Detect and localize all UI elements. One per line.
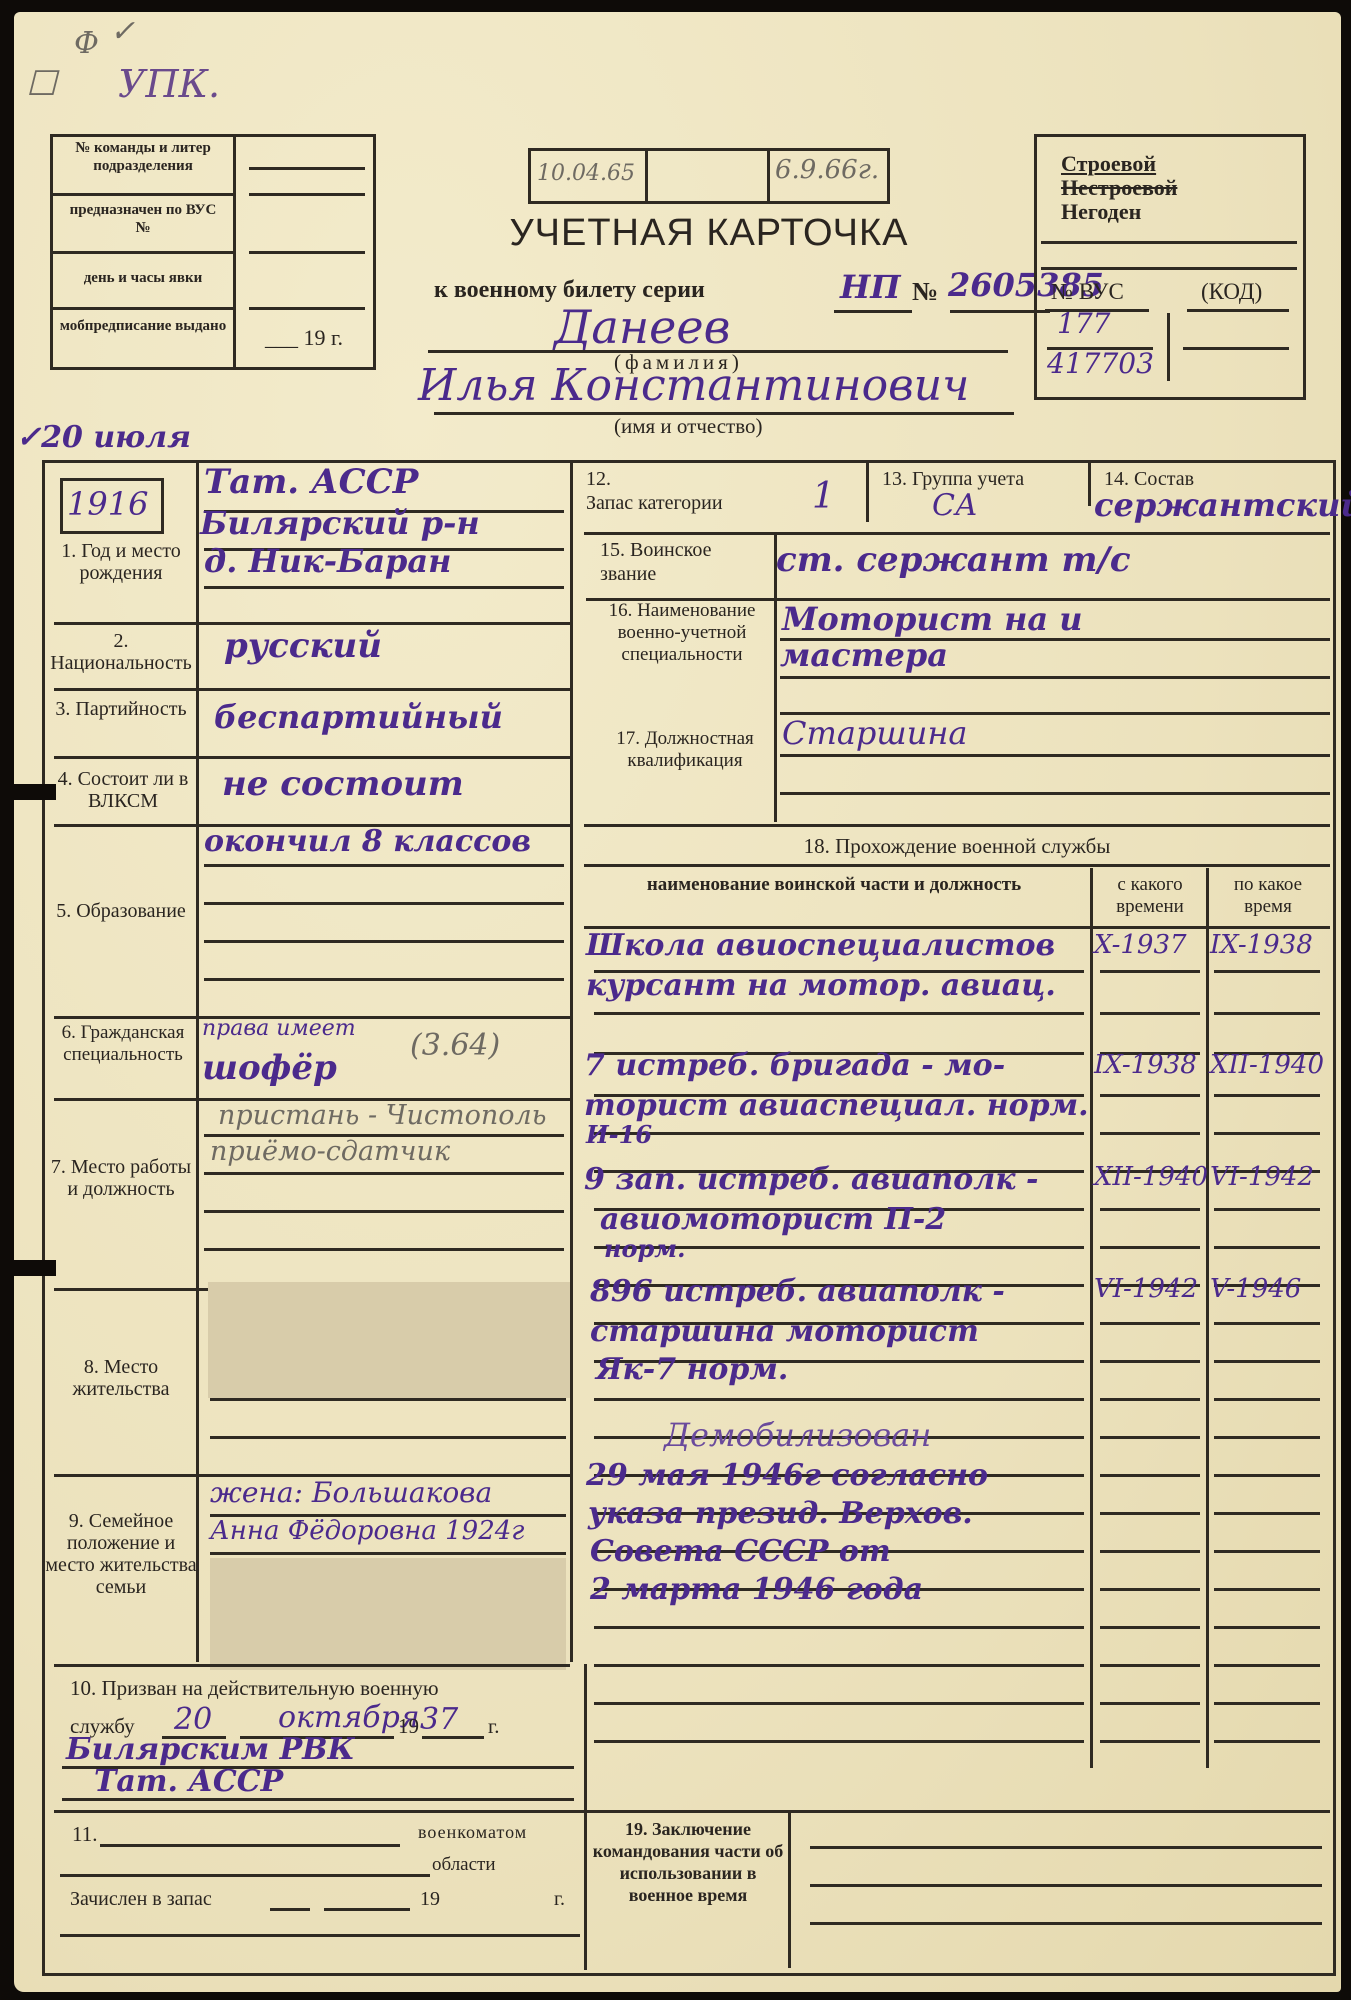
civil-specialty-note: (3.64) (410, 1028, 500, 1063)
service-title: 18. Прохождение военной службы (584, 834, 1330, 859)
workplace-line-1: пристань - Чистополь (218, 1100, 546, 1131)
service-row-1-to: IX-1938 (1210, 930, 1313, 960)
label-nationality: 2. Национальность (48, 630, 194, 674)
service-row-1-unit-2: курсант на мотор. авиац. (586, 968, 1056, 1003)
birth-year-box: 1916 (60, 478, 164, 534)
label-reserve-category-num: 12. (586, 468, 611, 490)
birth-date-note: ✓20 июля (16, 420, 191, 455)
label-reserve-category: Запас категории (586, 492, 723, 515)
service-row-3-unit-1: 9 зап. истреб. авиаполк - (584, 1162, 1038, 1197)
service-row-3-unit-2: авиомоторист П-2 (600, 1202, 946, 1237)
specialty-line-2: мастера (780, 636, 948, 674)
composition-value: сержантский (1094, 486, 1351, 524)
check-mark-icon: ✓ (110, 14, 135, 49)
service-row-3-unit-3: норм. (604, 1234, 685, 1263)
label-commander-conclusion: 19. Заключение командования части об исп… (588, 1818, 788, 1906)
conscripted-by-line-2: Тат. АССР (94, 1764, 283, 1799)
date-boxes: 10.04.65 6.9.66г. (528, 148, 890, 204)
service-row-2-unit-1: 7 истреб. бригада - мо- (584, 1048, 1005, 1083)
demob-line-2: указа презид. Верхов. (588, 1496, 973, 1531)
vus-value-1: 177 (1057, 307, 1110, 340)
service-row-2-unit-3: И-16 (586, 1120, 652, 1149)
label-residence: 8. Место жительства (48, 1356, 194, 1400)
komsomol-value: не состоит (222, 764, 464, 804)
top-left-table: № команды и литер подразделения предназн… (50, 134, 376, 370)
service-row-4-unit-3: Як-7 норм. (596, 1352, 788, 1387)
label-mob-order: мобпредписание выдано (53, 317, 233, 335)
label-workplace: 7. Место работы и должность (48, 1156, 194, 1200)
option-noncombatant: Нестроевой (1061, 175, 1177, 201)
service-row-4-unit-2: старшина моторист (590, 1314, 979, 1349)
number-label: № (912, 277, 938, 307)
service-row-3-from: XII-1940 (1094, 1162, 1208, 1192)
service-row-3-to: VI-1942 (1210, 1162, 1314, 1192)
redacted-residence (208, 1282, 570, 1398)
specialty-line-1: Моторист на и (782, 600, 1083, 638)
binder-tab-2 (0, 1260, 56, 1276)
service-row-1-from: X-1937 (1094, 930, 1187, 960)
birth-year: 1916 (67, 485, 148, 523)
family-line-2: Анна Фёдоровна 1924г (210, 1516, 524, 1546)
rank-value: ст. сержант т/с (776, 540, 1131, 580)
square-mark-icon: ☐ (26, 64, 56, 104)
label-specialty: 16. Наименование военно-учетной специаль… (590, 600, 774, 666)
civil-specialty-line-1: права имеет (202, 1016, 356, 1041)
label-education: 5. Образование (48, 900, 194, 922)
label-rank: 15. Воинское звание (600, 538, 770, 586)
label-report-day: день и часы явки (53, 269, 233, 287)
date-box-1: 10.04.65 (537, 161, 635, 186)
qualification-value: Старшина (782, 714, 967, 752)
civil-specialty-line-2: шофёр (202, 1048, 337, 1088)
label-qualification: 17. Должностная квалификация (590, 728, 780, 772)
service-row-4-from: VI-1942 (1094, 1274, 1198, 1304)
redacted-family-residence (210, 1558, 566, 1670)
label-party: 3. Партийность (48, 698, 194, 720)
service-col-to: по какое время (1210, 874, 1326, 918)
registration-card: Ф ✓ ☐ УПК. № команды и литер подразделен… (14, 12, 1341, 1992)
demob-line-4: 2 марта 1946 года (590, 1572, 923, 1607)
ticket-series: НП (840, 268, 900, 306)
label-civil-specialty: 6. Гражданская специальность (48, 1022, 198, 1066)
service-row-4-unit-1: 896 истреб. авиаполк - (590, 1274, 1005, 1309)
label-assigned-vus: предназначен по ВУС № (63, 201, 223, 237)
label-commissariat: военкоматом (418, 1822, 527, 1843)
service-row-1-unit-1: Школа авиоспециалистов (586, 928, 1055, 963)
date-box-3: 6.9.66г. (775, 155, 879, 185)
birth-place-line-2: Билярский р-н (200, 504, 480, 542)
demob-line-1: 29 мая 1946г согласно (586, 1458, 988, 1493)
service-col-from: с какого времени (1092, 874, 1208, 918)
conscription-year-unit: г. (488, 1714, 500, 1739)
vus-label: № ВУС (1051, 279, 1124, 305)
reserve-year-unit: г. (554, 1888, 565, 1911)
given-names: Илья Константинович (418, 360, 969, 411)
demob-heading: Демобилизован (664, 1416, 931, 1454)
vus-value-2: 417703 (1047, 347, 1154, 380)
service-row-2-unit-2: торист авиаспециал. норм. (584, 1088, 1089, 1123)
demob-line-3: Совета СССР от (590, 1534, 891, 1569)
workplace-line-2: приёмо-сдатчик (210, 1136, 450, 1167)
label-reserve: Зачислен в запас (70, 1888, 212, 1911)
birth-place-line-3: д. Ник-Баран (204, 542, 451, 580)
upk-note: УПК. (118, 62, 220, 106)
service-row-2-to: XII-1940 (1210, 1050, 1324, 1080)
conscription-year-prefix: 19 (398, 1714, 419, 1739)
reserve-year-prefix: 19 (420, 1888, 440, 1911)
page-title: УЧЕТНАЯ КАРТОЧКА (484, 212, 934, 255)
service-row-2-from: IX-1938 (1094, 1050, 1197, 1080)
binder-tab (0, 784, 56, 800)
birth-place-line-1: Тат. АССР (204, 462, 418, 502)
surname: Данеев (554, 300, 730, 354)
label-command-number: № команды и литер подразделения (53, 139, 233, 175)
account-group-value: СА (932, 488, 978, 523)
label-family: 9. Семейное положение и место жительства… (44, 1510, 198, 1598)
given-names-caption: (имя и отчество) (614, 414, 763, 439)
option-combatant: Строевой (1061, 151, 1156, 177)
party-value: беспартийный (214, 698, 503, 736)
corner-mark-f: Ф (74, 26, 99, 61)
service-col-unit: наименование воинской части и должность (604, 874, 1064, 896)
conscription-year-suffix: 37 (420, 1702, 458, 1737)
label-komsomol: 4. Состоит ли в ВЛКСМ (48, 768, 198, 812)
label-region: области (432, 1854, 496, 1876)
reserve-category-value: 1 (812, 476, 835, 517)
conscripted-by-line-1: Билярским РВК (66, 1732, 355, 1767)
label-birth: 1. Год и место рождения (48, 540, 194, 584)
service-row-4-to: V-1946 (1210, 1274, 1301, 1304)
top-right-box: Строевой Нестроевой Негоден № ВУС (КОД) … (1034, 134, 1306, 400)
family-line-1: жена: Большакова (210, 1476, 492, 1509)
code-label: (КОД) (1201, 279, 1262, 305)
nationality-value: русский (224, 626, 382, 666)
option-unfit: Негоден (1061, 199, 1141, 225)
mob-order-year: ___ 19 г. (239, 327, 369, 349)
education-value: окончил 8 классов (204, 824, 531, 859)
label-conscripted: 10. Призван на действительную военную (70, 1676, 439, 1701)
label-11: 11. (72, 1822, 97, 1847)
